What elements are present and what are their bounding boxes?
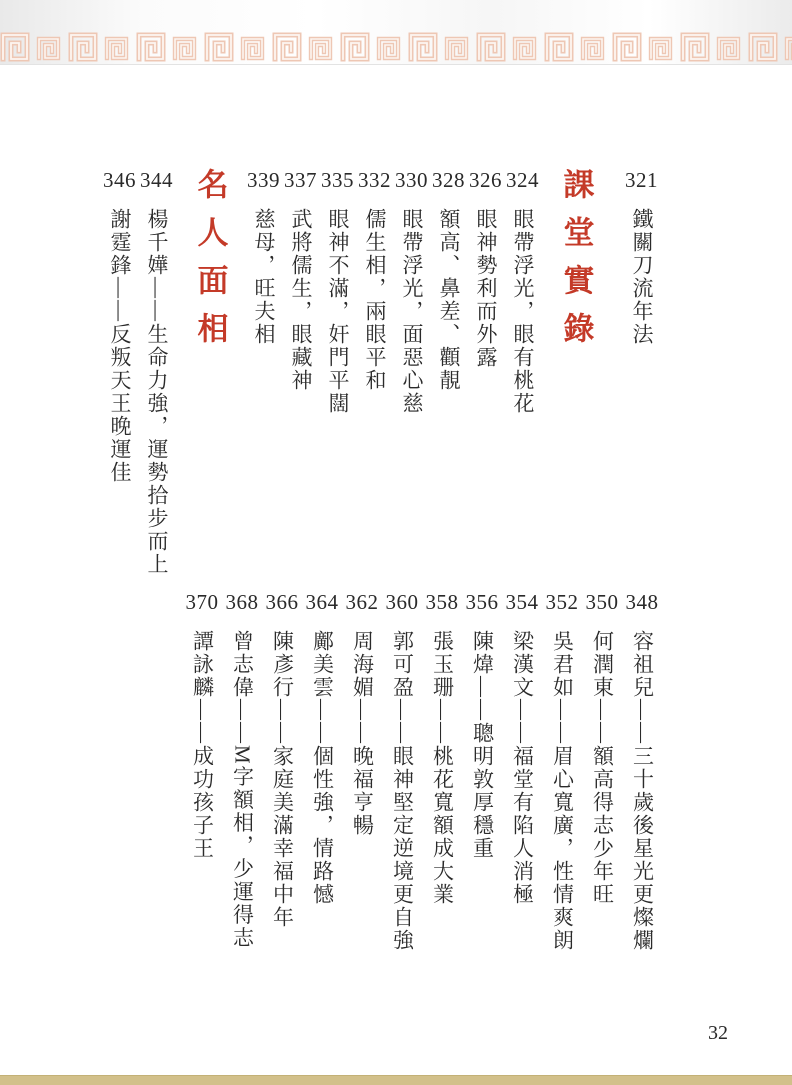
- toc-entry-title: 陳煒——聰明敦厚穩重: [472, 630, 493, 860]
- toc-entry: 362 周海媚——晚福亨暢: [342, 590, 382, 837]
- toc-entry-page: 366: [266, 590, 299, 615]
- toc-entry: 368 曾志偉——M字額相，少運得志: [222, 590, 262, 950]
- toc-entry: 350 何潤東——額高得志少年旺: [582, 590, 622, 906]
- section-heading-text: 名人面相: [195, 168, 226, 360]
- toc-entry-page: 335: [321, 168, 354, 193]
- toc-entry: 335 眼神不滿，奸門平闊: [319, 168, 356, 415]
- toc-entry: 332 儒生相，兩眼平和: [356, 168, 393, 392]
- toc-entry-title: 鄺美雲——個性強，情路憾: [312, 630, 333, 906]
- toc-entry-page: 370: [186, 590, 219, 615]
- toc-entry: 326 眼神勢利而外露: [467, 168, 504, 369]
- toc-entry-page: 321: [625, 168, 658, 193]
- toc-entry-title: 吳君如——眉心寬廣，性情爽朗: [552, 630, 573, 952]
- toc-entry: 358 張玉珊——桃花寬額成大業: [422, 590, 462, 906]
- toc-entry-title: 楊千嬅——生命力強，運勢拾步而上: [146, 208, 167, 576]
- page-number: 32: [708, 1022, 728, 1045]
- toc-entry-title: 張玉珊——桃花寬額成大業: [432, 630, 453, 906]
- toc-entry-page: 352: [546, 590, 579, 615]
- toc-entry-title: 儒生相，兩眼平和: [364, 208, 385, 392]
- toc-entry-page: 337: [284, 168, 317, 193]
- toc-entry-title: 鐵關刀流年法: [631, 208, 652, 346]
- toc-entry: 348 容祖兒——三十歲後星光更燦爛: [622, 590, 662, 952]
- toc-entry-title: 陳彥行——家庭美滿幸福中年: [272, 630, 293, 929]
- toc-entry: 330 眼帶浮光，面惡心慈: [393, 168, 430, 415]
- section-heading: 課堂實錄: [555, 168, 597, 360]
- toc-entry: 324 眼帶浮光，眼有桃花: [504, 168, 541, 415]
- toc-entry-page: 350: [586, 590, 619, 615]
- toc-entry-title: 額高、鼻差、顴靚: [438, 208, 459, 392]
- toc-entry: 360 郭可盈——眼神堅定逆境更自強: [382, 590, 422, 952]
- toc-entry: 364 鄺美雲——個性強，情路憾: [302, 590, 342, 906]
- toc-block-2: 348 容祖兒——三十歲後星光更燦爛 350 何潤東——額高得志少年旺 352 …: [182, 590, 662, 952]
- toc-entry-page: 339: [247, 168, 280, 193]
- toc-entry-title: 曾志偉——M字額相，少運得志: [232, 630, 253, 950]
- toc-entry-title: 梁漢文——福堂有陷人消極: [512, 630, 533, 906]
- toc-entry: 366 陳彥行——家庭美滿幸福中年: [262, 590, 302, 929]
- toc-entry-page: 326: [469, 168, 502, 193]
- toc-entry-page: 330: [395, 168, 428, 193]
- toc-entry-page: 344: [140, 168, 173, 193]
- toc-entry: 352 吳君如——眉心寬廣，性情爽朗: [542, 590, 582, 952]
- toc-entry-page: 354: [506, 590, 539, 615]
- toc-entry-page: 328: [432, 168, 465, 193]
- toc-entry: 354 梁漢文——福堂有陷人消極: [502, 590, 542, 906]
- toc-entry-page: 348: [626, 590, 659, 615]
- toc-entry-title: 眼神勢利而外露: [475, 208, 496, 369]
- toc-entry-title: 慈母，旺夫相: [253, 208, 274, 346]
- toc-entry-page: 362: [346, 590, 379, 615]
- toc-entry: 337 武將儒生，眼藏神: [282, 168, 319, 392]
- toc-entry-title: 武將儒生，眼藏神: [290, 208, 311, 392]
- toc-entry-page: 332: [358, 168, 391, 193]
- toc-entry-page: 360: [386, 590, 419, 615]
- toc-entry-page: 346: [103, 168, 136, 193]
- toc-entry-page: 368: [226, 590, 259, 615]
- toc-entry: 370 譚詠麟——成功孩子王: [182, 590, 222, 860]
- toc-entry-page: 364: [306, 590, 339, 615]
- toc-entry-title: 眼帶浮光，眼有桃花: [512, 208, 533, 415]
- toc-block-1: 321 鐵關刀流年法 課堂實錄 324 眼帶浮光，眼有桃花 326 眼神勢利而外…: [101, 168, 660, 576]
- toc-entry-title: 譚詠麟——成功孩子王: [192, 630, 213, 860]
- toc-entry-title: 眼帶浮光，面惡心慈: [401, 208, 422, 415]
- bottom-border: [0, 1075, 792, 1085]
- toc-entry: 356 陳煒——聰明敦厚穩重: [462, 590, 502, 860]
- toc-entry: 346 謝霆鋒——反叛天王晚運佳: [101, 168, 138, 484]
- toc-entry: 321 鐵關刀流年法: [623, 168, 660, 346]
- toc-entry: 339 慈母，旺夫相: [245, 168, 282, 346]
- toc-entry-page: 356: [466, 590, 499, 615]
- toc-entry-title: 眼神不滿，奸門平闊: [327, 208, 348, 415]
- toc-entry-page: 324: [506, 168, 539, 193]
- toc-entry-page: 358: [426, 590, 459, 615]
- section-heading-text: 課堂實錄: [561, 168, 592, 360]
- section-heading: 名人面相: [189, 168, 231, 360]
- toc-entry-title: 容祖兒——三十歲後星光更燦爛: [632, 630, 653, 952]
- toc-entry: 328 額高、鼻差、顴靚: [430, 168, 467, 392]
- toc-entry-title: 周海媚——晚福亨暢: [352, 630, 373, 837]
- toc-entry-title: 謝霆鋒——反叛天王晚運佳: [109, 208, 130, 484]
- book-page: 321 鐵關刀流年法 課堂實錄 324 眼帶浮光，眼有桃花 326 眼神勢利而外…: [0, 0, 792, 1085]
- toc-entry-title: 郭可盈——眼神堅定逆境更自強: [392, 630, 413, 952]
- toc-entry-title: 何潤東——額高得志少年旺: [592, 630, 613, 906]
- greek-key-border-icon: [0, 31, 792, 63]
- toc-entry: 344 楊千嬅——生命力強，運勢拾步而上: [138, 168, 175, 576]
